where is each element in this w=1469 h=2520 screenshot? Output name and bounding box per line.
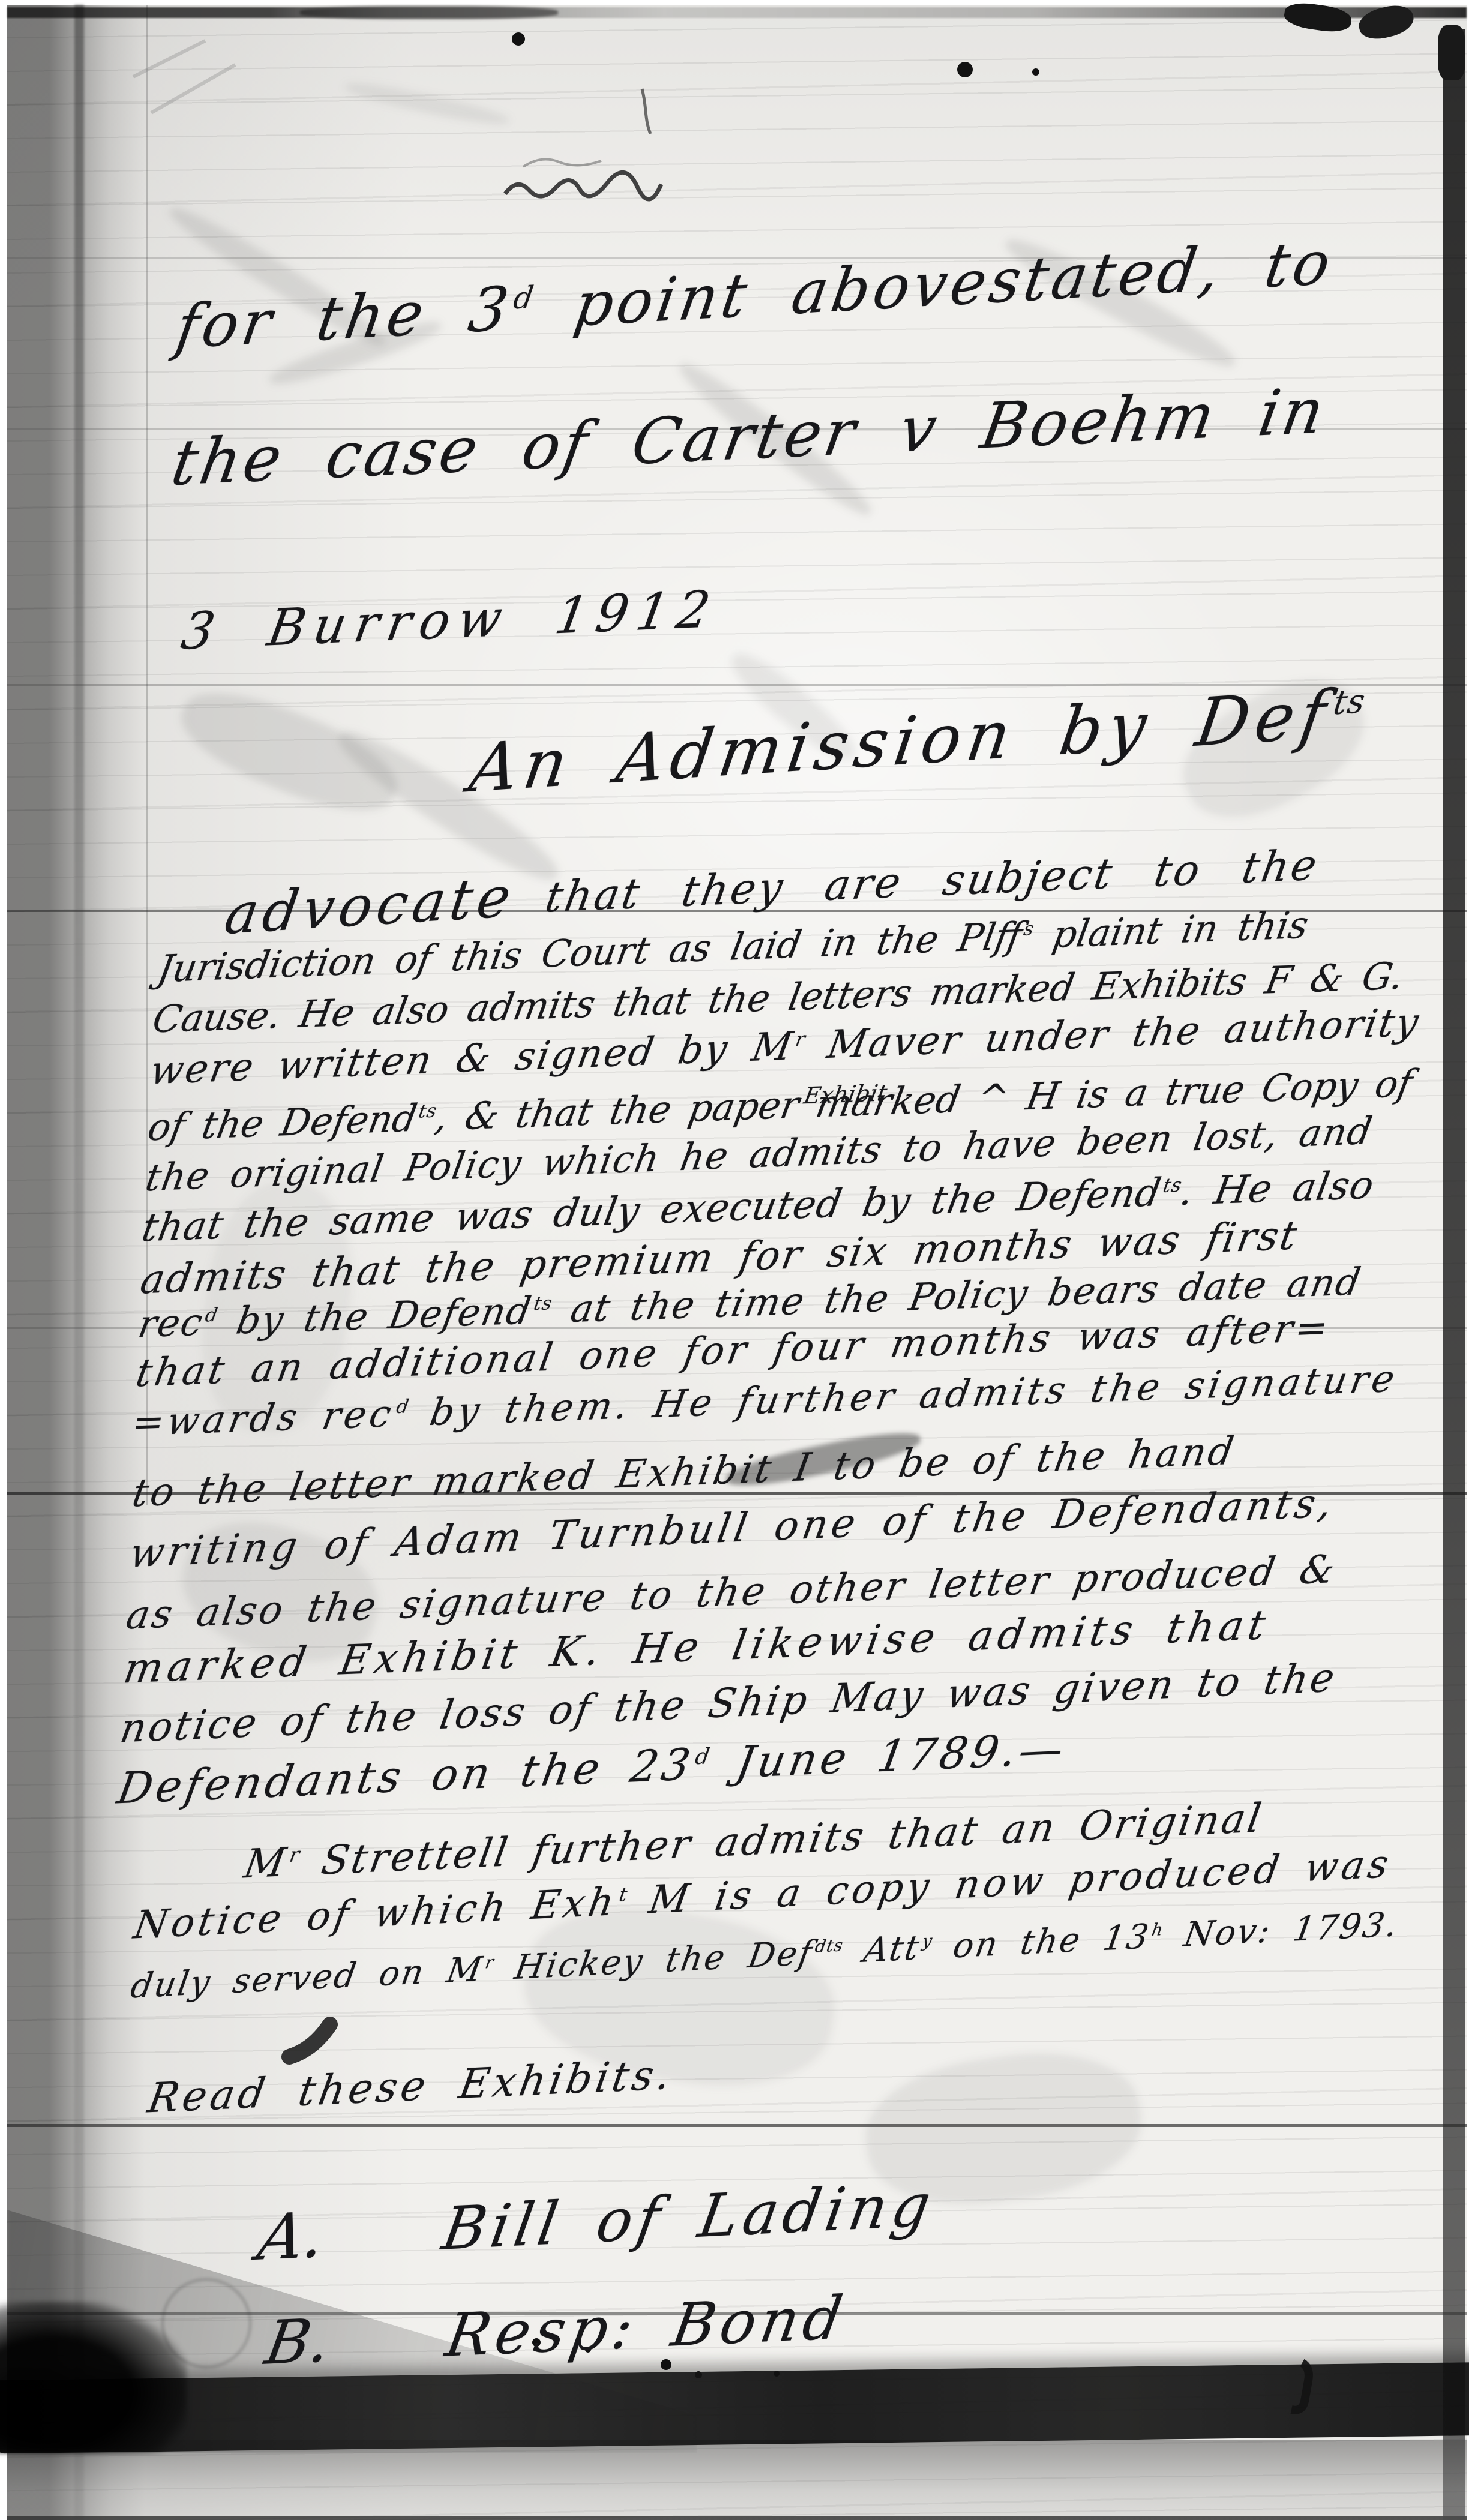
scribble-mark [523, 160, 601, 167]
manuscript-scan-page: for the 3d point abovestated, tothe case… [0, 0, 1469, 2520]
bottom-left-shadow-blob [0, 2302, 187, 2453]
exhibit-label: B. [260, 2305, 335, 2378]
ink-blot [1032, 68, 1039, 76]
ink-blot [957, 62, 973, 77]
exhibit-label: A. [253, 2198, 330, 2275]
paper-surface: for the 3d point abovestated, tothe case… [7, 5, 1467, 2520]
hatch-marks [133, 41, 235, 113]
scratch-mark [642, 89, 650, 134]
interlined-word: Exhibit [802, 1079, 889, 1109]
comma-smudge [289, 2024, 330, 2057]
scribble-mark [505, 172, 661, 199]
ink-blot [512, 32, 525, 46]
bottom-gray-area [7, 2440, 1467, 2520]
ink-spot [661, 2359, 671, 2370]
